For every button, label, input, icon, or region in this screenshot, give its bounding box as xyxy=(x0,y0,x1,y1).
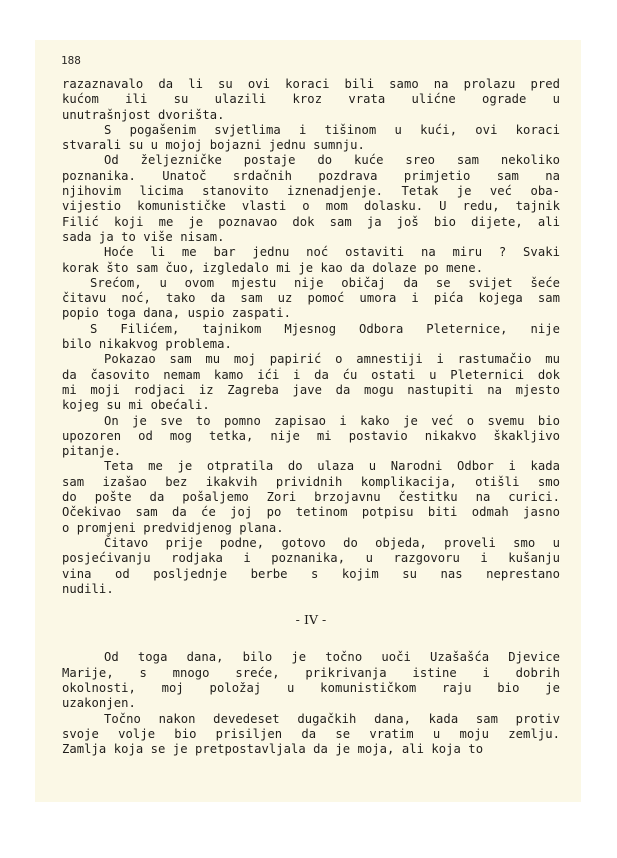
text-line: poznanika. Unatoč srdačnih pozdrava prim… xyxy=(62,169,560,184)
text-line: Pokazao sam mu moj papirić o amnestiji i… xyxy=(62,352,560,367)
text-line: čitavu noć, tako da sam uz pomoć umora i… xyxy=(62,291,560,306)
text-line: sada ja to više nisam. xyxy=(62,230,560,245)
text-line: bilo nikakvog problema. xyxy=(62,337,560,352)
text-line: Teta me je otpratila do ulaza u Narodni … xyxy=(62,459,560,474)
text-line: vina od posljednje berbe s kojim su nas … xyxy=(62,567,560,582)
text-line: Srećom, u ovom mjestu nije običaj da se … xyxy=(62,276,560,291)
text-line: razaznavalo da li su ovi koraci bili sam… xyxy=(62,77,560,92)
text-line: posjećivanju rodjaka i poznanika, u razg… xyxy=(62,551,560,566)
text-line: pitanje. xyxy=(62,444,560,459)
text-line: upozoren od mog tetka, nije mi postavio … xyxy=(62,429,560,444)
book-page: 188 razaznavalo da li su ovi koraci bili… xyxy=(35,40,581,802)
text-line: Od željezničke postaje do kuće sreo sam … xyxy=(62,153,560,168)
text-line: vijestio komunističke vlasti o mom dolas… xyxy=(62,199,560,214)
text-line: Zamlja koja se je pretpostavljala da je … xyxy=(62,742,560,757)
text-line: S pogašenim svjetlima i tišinom u kući, … xyxy=(62,123,560,138)
paragraph: Od toga dana, bilo je točno uoči Uzašašć… xyxy=(62,650,560,711)
paragraph: Teta me je otpratila do ulaza u Narodni … xyxy=(62,459,560,535)
text-line: nudili. xyxy=(62,582,560,597)
paragraph: Čitavo prije podne, gotovo do objeda, pr… xyxy=(62,536,560,597)
text-line: Od toga dana, bilo je točno uoči Uzašašć… xyxy=(62,650,560,665)
text-line: o promjeni predvidjenog plana. xyxy=(62,521,560,536)
text-line: unutrašnjost dvorišta. xyxy=(62,108,560,123)
text-line: do pošte da pošaljemo Zori brzojavnu čes… xyxy=(62,490,560,505)
text-line: Marije, s mnogo sreće, prikrivanja istin… xyxy=(62,666,560,681)
paragraph: Od željezničke postaje do kuće sreo sam … xyxy=(62,153,560,245)
text-line: svoje volje bio prisiljen da se vratim u… xyxy=(62,727,560,742)
text-line: uzakonjen. xyxy=(62,696,560,711)
text-line: da časovito nemam kamo ići i da ću ostat… xyxy=(62,368,560,383)
paragraph: On je sve to pomno zapisao i kako je već… xyxy=(62,414,560,460)
text-line: sam izašao bez ikakvih prividnih komplik… xyxy=(62,475,560,490)
text-line: S Filićem, tajnikom Mjesnog Odbora Plete… xyxy=(62,322,560,337)
paragraph: Srećom, u ovom mjestu nije običaj da se … xyxy=(62,276,560,322)
text-line: mi moji rodjaci iz Zagreba jave da mogu … xyxy=(62,383,560,398)
text-line: kućom ili su ulazili kroz vrata ulićne o… xyxy=(62,92,560,107)
paragraph: Hoće li me bar jednu noć ostaviti na mir… xyxy=(62,245,560,276)
section-heading: - IV - xyxy=(62,612,560,627)
text-line: Hoće li me bar jednu noć ostaviti na mir… xyxy=(62,245,560,260)
text-line: korak što sam čuo, izgledalo mi je kao d… xyxy=(62,261,560,276)
text-line: kojeg su mi obećali. xyxy=(62,398,560,413)
paragraph: S pogašenim svjetlima i tišinom u kući, … xyxy=(62,123,560,154)
text-line: njihovim licima stanovito iznenadjenje. … xyxy=(62,184,560,199)
text-line: popio toga dana, uspio zaspati. xyxy=(62,306,560,321)
text-line: Točno nakon devedeset dugačkih dana, kad… xyxy=(62,712,560,727)
paragraph: S Filićem, tajnikom Mjesnog Odbora Plete… xyxy=(62,322,560,353)
paragraph: razaznavalo da li su ovi koraci bili sam… xyxy=(62,77,560,123)
text-line: okolnosti, moj položaj u komunističkom r… xyxy=(62,681,560,696)
text-line: Očekivao sam da će joj po tetinom potpis… xyxy=(62,505,560,520)
text-line: Filić koji me je poznavao dok sam ja još… xyxy=(62,215,560,230)
page-body: razaznavalo da li su ovi koraci bili sam… xyxy=(62,77,560,757)
page-number: 188 xyxy=(61,54,81,67)
text-line: stvarali su u mojoj bojazni jednu sumnju… xyxy=(62,138,560,153)
paragraph: Točno nakon devedeset dugačkih dana, kad… xyxy=(62,712,560,758)
text-line: Čitavo prije podne, gotovo do objeda, pr… xyxy=(62,536,560,551)
paragraph: Pokazao sam mu moj papirić o amnestiji i… xyxy=(62,352,560,413)
text-line: On je sve to pomno zapisao i kako je već… xyxy=(62,414,560,429)
